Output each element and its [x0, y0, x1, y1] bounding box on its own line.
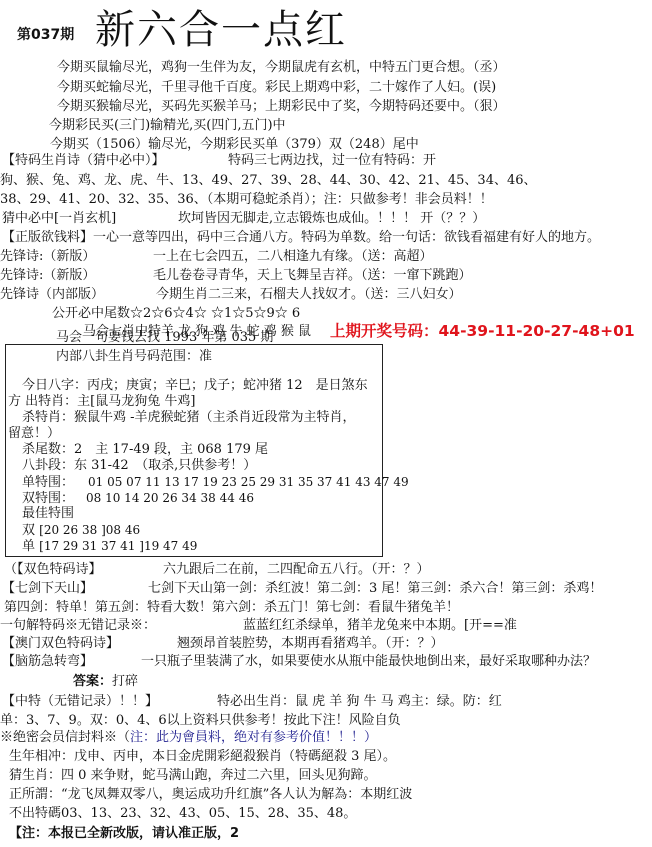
pioneer-label: 先锋诗:（新版）: [0, 267, 95, 285]
poem-line: 今期买猴输尽光，买码先买猴羊马；上期彩民中了奖，今期特码还要中。（狠）: [57, 98, 506, 116]
secret-title-note: 注：此为會員料，绝对有参考价值！！！）: [130, 730, 377, 745]
even-range-label: 双特围：: [22, 491, 74, 506]
seven-swords-label: 【七剑下天山】: [2, 580, 93, 598]
kill-line: 杀特肖：猴鼠牛鸡 -羊虎猴蛇猪（主杀肖近段常为主特肖，: [22, 409, 356, 427]
macau-poem-text: 翘颈昂首装腔势，本期再看猪鸡羊。（开：？）: [177, 635, 444, 653]
brain-teaser-question: 一只瓶子里装满了水，如果要使水从瓶中能最快地倒出来，最好采取哪种办法？: [141, 653, 596, 671]
pioneer-label: 先锋诗（内部版）: [0, 286, 104, 304]
answer-label: 答案：: [73, 674, 112, 689]
special-poem-label: 【特码生肖诗（猜中必中）】: [2, 152, 165, 170]
poem-line: 今期彩民买(三门)输精光,买(四门,五门)中: [49, 117, 286, 135]
footer-note: 【注：本报已全新改版，请认准正版，2: [9, 825, 239, 843]
best-even-values: [20 26 38 ]08 46: [39, 523, 140, 537]
brain-teaser-label: 【脑筋急转弯】: [2, 653, 93, 671]
special-numbers-line: 狗、猴、兔、鸡、龙、虎、牛、13、49、27、39、28、44、30、42、21…: [0, 172, 537, 190]
secret-line: 生年相冲：戊申、丙申，本日金虎開彩絕殺猴肖（特碼絕殺 3 尾）。: [9, 748, 396, 766]
tail-numbers: 公开必中尾数☆2☆6☆4☆ ☆1☆5☆9☆ 6: [52, 305, 300, 323]
macau-poem-label: 【澳门双色特码诗】: [2, 635, 119, 653]
one-phrase-text: 蓝蓝红红杀绿单，猪羊龙兔来中本期。[开==准: [243, 617, 517, 635]
best-odd: 单 [17 29 31 37 41 ]19 47 49: [22, 537, 197, 556]
two-color-label: （【双色特码诗】: [4, 561, 102, 579]
seven-swords-line: 第四剑：特单！第五剑：特看大数！第六剑：杀五门！第七剑：看鼠牛猪兔羊！: [4, 599, 459, 617]
secret-title: ※绝密会员信封料※（注：此为會員料，绝对有参考价值！！！）: [0, 729, 377, 747]
money-material: 【正版欲钱料】一心一意等四出，码中三合通八方。特码为单数。给一句话：欲钱看福建有…: [2, 229, 600, 247]
seven-swords-line: 七剑下天山第一剑：杀红波！第二剑：3 尾！第三剑：杀六合！第三剑：杀鸡！: [148, 580, 602, 598]
pioneer-text: 毛儿卷卷寻青华，天上飞舞呈吉祥。（送：一窜下跳跑）: [153, 267, 472, 285]
answer-text: 打碎: [112, 674, 138, 689]
best-odd-label: 单: [22, 539, 35, 554]
odd-range-label: 单特围：: [22, 475, 74, 490]
last-draw: 上期开奖号码：44-39-11-20-27-48+01: [330, 319, 635, 341]
guess-label: 猜中必中[一肖玄机]: [2, 210, 116, 228]
pioneer-label: 先锋诗:（新版）: [0, 248, 95, 266]
zhongte-label: 【中特（无错记录）！！】: [2, 693, 158, 711]
last-draw-label: 上期开奖号码：: [330, 322, 439, 340]
one-phrase-label: 一句解特码※无错记录※：: [0, 617, 156, 635]
odd-range-values: 01 05 07 11 13 17 19 23 25 29 31 35 37 4…: [74, 475, 409, 489]
poem-line: 今期买蛇输尽光，千里寻他千百度。彩民上期鸡中彩，二十嫁作了人妇。(误): [57, 79, 496, 97]
best-even-label: 双: [22, 523, 35, 538]
pioneer-text: 今期生肖二三来，石榴夫人找奴才。（送：三八妇女）: [156, 286, 462, 304]
secret-line: 正所謂：“龙飞凤舞双零八，奥运成功升红旗”各人认为解為：本期红波: [9, 786, 412, 804]
poem-line: 今期买鼠输尽光，鸡狗一生伴为友，今期鼠虎有玄机，中特五门更合想。（丞）: [57, 59, 506, 77]
page-title: 新六合一点红: [95, 6, 347, 54]
last-draw-numbers: 44-39-11-20-27-48+01: [439, 322, 635, 340]
brain-teaser-answer: 答案：打碎: [73, 673, 138, 691]
two-color-text: 六九跟后二在前，二四配命五八行。（开：？）: [163, 561, 430, 579]
bagua-title: 内部八卦生肖号码范围：准: [56, 348, 212, 366]
secret-line: 猜生肖：四 0 来争财，蛇马满山跑，奔过二六里，回头见狗蹄。: [9, 767, 377, 785]
even-range-values: 08 10 14 20 26 34 38 44 46: [74, 491, 254, 505]
special-poem-text: 特码三七两边找，过一位有特码：开: [228, 152, 436, 170]
zhongte-line2: 单：3、7、9。双：0、4、6以上资料只供参考！按此下注！风险自负: [0, 712, 401, 730]
guess-text: 坎坷皆因无脚走,立志锻炼也成仙。！！！ 开（？？）: [178, 210, 485, 228]
best-odd-values: [17 29 31 37 41 ]19 47 49: [39, 539, 197, 553]
zhongte-text: 特必出生肖：鼠 虎 羊 狗 牛 马 鸡主：绿。防：红: [217, 693, 502, 711]
special-numbers-line: 38、29、41、20、32、35、36、（本期可稳蛇杀肖）；注：只做参考！非会…: [0, 191, 493, 209]
secret-line: 不出特碼03、13、23、32、43、05、15、28、35、48。: [9, 805, 356, 823]
issue-number: 第037期: [17, 24, 74, 44]
secret-title-prefix: ※绝密会员信封料※（: [0, 730, 130, 745]
pioneer-text: 一上在七会四五，二八相逢九有缘。（送：高超）: [153, 248, 433, 266]
